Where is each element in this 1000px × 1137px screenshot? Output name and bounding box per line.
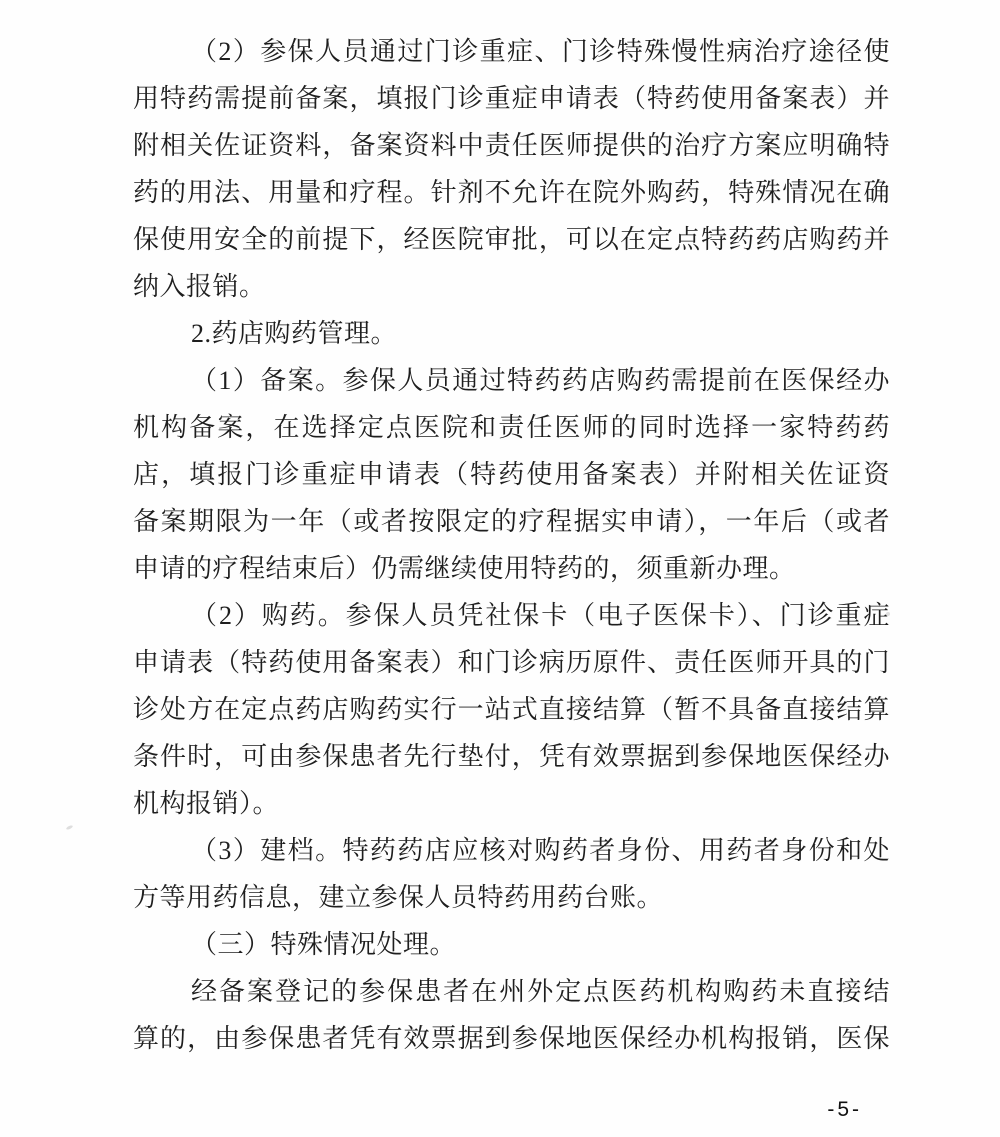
text-line: （1）备案。参保人员通过特药药店购药需提前在医保经办 [133, 357, 890, 404]
text-line: 经备案登记的参保患者在州外定点医药机构购药未直接结 [133, 968, 890, 1015]
text-line: 条件时，可由参保患者先行垫付，凭有效票据到参保地医保经办 [133, 733, 890, 780]
text-line: 申请表（特药使用备案表）和门诊病历原件、责任医师开具的门 [133, 639, 890, 686]
paragraph: 2.药店购药管理。 [133, 310, 890, 357]
text-line: 附相关佐证资料，备案资料中责任医师提供的治疗方案应明确特 [133, 122, 890, 169]
text-line: （3）建档。特药药店应核对购药者身份、用药者身份和处 [133, 827, 890, 874]
scanned-document-page: （2）参保人员通过门诊重症、门诊特殊慢性病治疗途径使 用特药需提前备案，填报门诊… [0, 0, 1000, 1137]
page-number: -5- [827, 1098, 862, 1122]
scan-artifact [66, 825, 74, 831]
paragraph: 经备案登记的参保患者在州外定点医药机构购药未直接结 算的，由参保患者凭有效票据到… [133, 968, 890, 1062]
text-line: 算的，由参保患者凭有效票据到参保地医保经办机构报销，医保 [133, 1015, 890, 1062]
section-heading-line: （三）特殊情况处理。 [133, 921, 890, 968]
text-line: 诊处方在定点药店购药实行一站式直接结算（暂不具备直接结算 [133, 686, 890, 733]
scan-artifact [886, 612, 890, 616]
text-line: 方等用药信息，建立参保人员特药用药台账。 [133, 874, 890, 921]
text-line: 纳入报销。 [133, 263, 890, 310]
text-line: 店，填报门诊重症申请表（特药使用备案表）并附相关佐证资料。 [133, 451, 890, 498]
text-line: （2）购药。参保人员凭社保卡（电子医保卡）、门诊重症 [133, 592, 890, 639]
paragraph: （3）建档。特药药店应核对购药者身份、用药者身份和处 方等用药信息，建立参保人员… [133, 827, 890, 921]
text-line: 申请的疗程结束后）仍需继续使用特药的，须重新办理。 [133, 545, 890, 592]
text-line: 机构备案，在选择定点医院和责任医师的同时选择一家特药药 [133, 404, 890, 451]
section-heading-line: 2.药店购药管理。 [133, 310, 890, 357]
text-line: 备案期限为一年（或者按限定的疗程据实申请），一年后（或者 [133, 498, 890, 545]
text-line: （2）参保人员通过门诊重症、门诊特殊慢性病治疗途径使 [133, 28, 890, 75]
text-line: 药的用法、用量和疗程。针剂不允许在院外购药，特殊情况在确 [133, 169, 890, 216]
paragraph: （2）参保人员通过门诊重症、门诊特殊慢性病治疗途径使 用特药需提前备案，填报门诊… [133, 28, 890, 310]
text-line: 用特药需提前备案，填报门诊重症申请表（特药使用备案表）并 [133, 75, 890, 122]
paragraph: （三）特殊情况处理。 [133, 921, 890, 968]
text-line: 保使用安全的前提下，经医院审批，可以在定点特药药店购药并 [133, 216, 890, 263]
text-line: 机构报销）。 [133, 780, 890, 827]
paragraph: （2）购药。参保人员凭社保卡（电子医保卡）、门诊重症 申请表（特药使用备案表）和… [133, 592, 890, 827]
document-body: （2）参保人员通过门诊重症、门诊特殊慢性病治疗途径使 用特药需提前备案，填报门诊… [133, 28, 890, 1062]
paragraph: （1）备案。参保人员通过特药药店购药需提前在医保经办 机构备案，在选择定点医院和… [133, 357, 890, 592]
